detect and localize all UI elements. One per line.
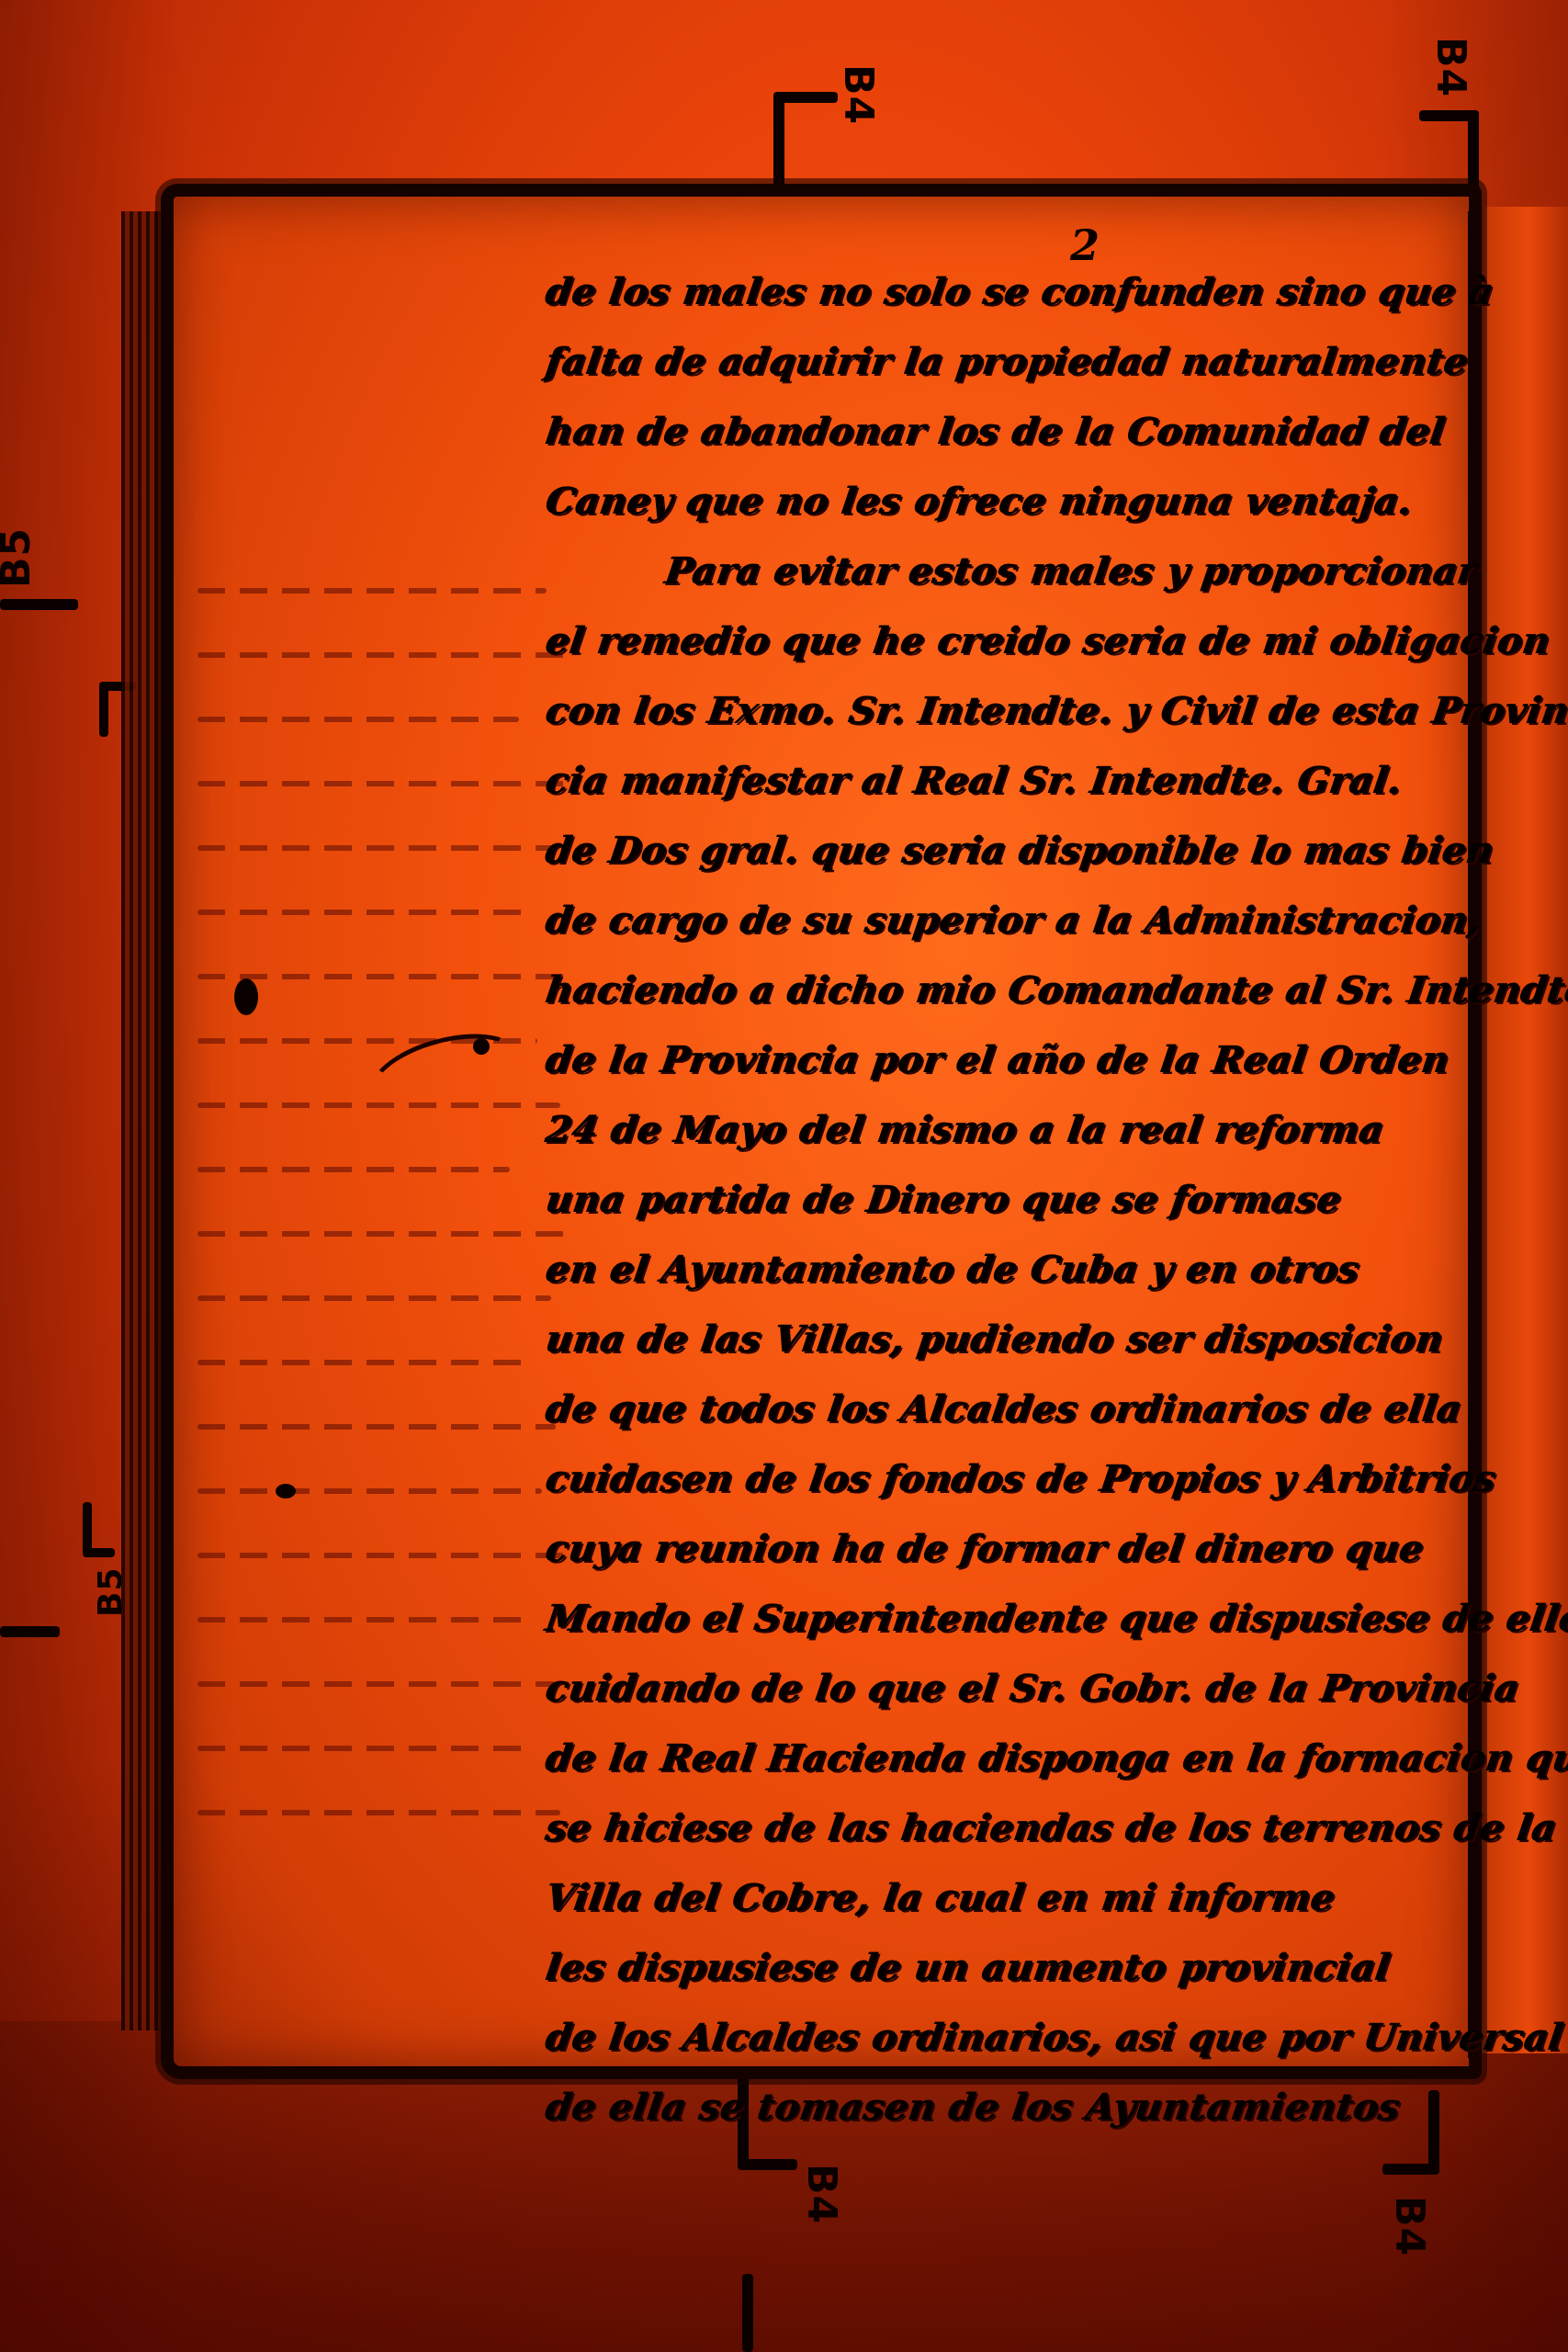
crop-mark-top-center-horizontal xyxy=(773,92,838,103)
manuscript-line: les dispusiese de un aumento provincial xyxy=(542,1933,1434,2003)
manuscript-line: Villa del Cobre, la cual en mi informe xyxy=(542,1863,1434,1933)
manuscript-line: cuidando de lo que el Sr. Gobr. de la Pr… xyxy=(542,1654,1434,1724)
binding-gutter xyxy=(1468,211,1477,2058)
manuscript-line: Para evitar estos males y proporcionar xyxy=(542,537,1434,606)
crop-mark-bottom-center-lower xyxy=(742,2274,753,2352)
crop-mark-bottom-right-vertical xyxy=(1428,2090,1439,2173)
frame-label-bottom-center: B4 xyxy=(798,2164,845,2224)
manuscript-line: con los Exmo. Sr. Intendte. y Civil de e… xyxy=(542,676,1434,746)
manuscript-line: una de las Villas, pudiendo ser disposic… xyxy=(542,1305,1434,1374)
manuscript-line: en el Ayuntamiento de Cuba y en otros xyxy=(542,1235,1434,1305)
ink-blot xyxy=(276,1484,296,1498)
crop-mark-left-lower-horizontal xyxy=(83,1548,115,1557)
frame-label-top-right: B4 xyxy=(1427,37,1474,97)
crop-mark-top-right-horizontal xyxy=(1419,110,1479,121)
crop-mark-left-upper xyxy=(0,599,78,610)
manuscript-line: el remedio que he creido seria de mi obl… xyxy=(542,606,1434,676)
manuscript-line: han de abandonar los de la Comunidad del xyxy=(542,397,1434,467)
manuscript-line: de cargo de su superior a la Administrac… xyxy=(542,886,1434,955)
manuscript-line: de ella se tomasen de los Ayuntamientos xyxy=(542,2073,1434,2143)
manuscript-line: Caney que no les ofrece ninguna ventaja. xyxy=(542,467,1434,537)
frame-label-bottom-right: B4 xyxy=(1386,2196,1433,2256)
manuscript-line: haciendo a dicho mio Comandante al Sr. I… xyxy=(542,955,1434,1025)
manuscript-line: de que todos los Alcaldes ordinarios de … xyxy=(542,1374,1434,1444)
crop-mark-left-lower-tick xyxy=(0,1626,60,1637)
manuscript-line: cuidasen de los fondos de Propios y Arbi… xyxy=(542,1444,1434,1514)
crop-mark-top-right-vertical xyxy=(1468,110,1479,193)
crop-mark-left-inner-vertical xyxy=(99,682,108,737)
crop-mark-bottom-right-horizontal xyxy=(1382,2164,1439,2175)
crop-mark-top-center-vertical xyxy=(773,92,784,193)
manuscript-text: de los males no solo se confunden sino q… xyxy=(547,257,1428,2143)
manuscript-line: de la Real Hacienda disponga en la forma… xyxy=(542,1724,1434,1793)
manuscript-line: falta de adquirir la propiedad naturalme… xyxy=(542,327,1434,397)
manuscript-line: de los males no solo se confunden sino q… xyxy=(542,257,1434,327)
manuscript-line: una partida de Dinero que se formase xyxy=(542,1165,1434,1235)
ink-blot xyxy=(234,978,258,1015)
manuscript-line: cuya reunion ha de formar del dinero que xyxy=(542,1514,1434,1584)
page-stack-edge xyxy=(121,211,165,2030)
manuscript-line: de Dos gral. que seria disponible lo mas… xyxy=(542,816,1434,886)
manuscript-line: de los Alcaldes ordinarios, asi que por … xyxy=(542,2003,1434,2073)
frame-label-left-upper: B5 xyxy=(0,527,39,588)
bleed-through-text xyxy=(197,588,583,1966)
manuscript-line: Mando el Superintendente que dispusiese … xyxy=(542,1584,1434,1654)
manuscript-line: 24 de Mayo del mismo a la real reforma xyxy=(542,1095,1434,1165)
manuscript-line: se hiciese de las haciendas de los terre… xyxy=(542,1793,1434,1863)
crop-mark-bottom-center-horizontal xyxy=(738,2159,797,2170)
manuscript-line: de la Provincia por el año de la Real Or… xyxy=(542,1025,1434,1095)
frame-label-top-center: B4 xyxy=(835,64,882,125)
manuscript-line: cia manifestar al Real Sr. Intendte. Gra… xyxy=(542,746,1434,816)
